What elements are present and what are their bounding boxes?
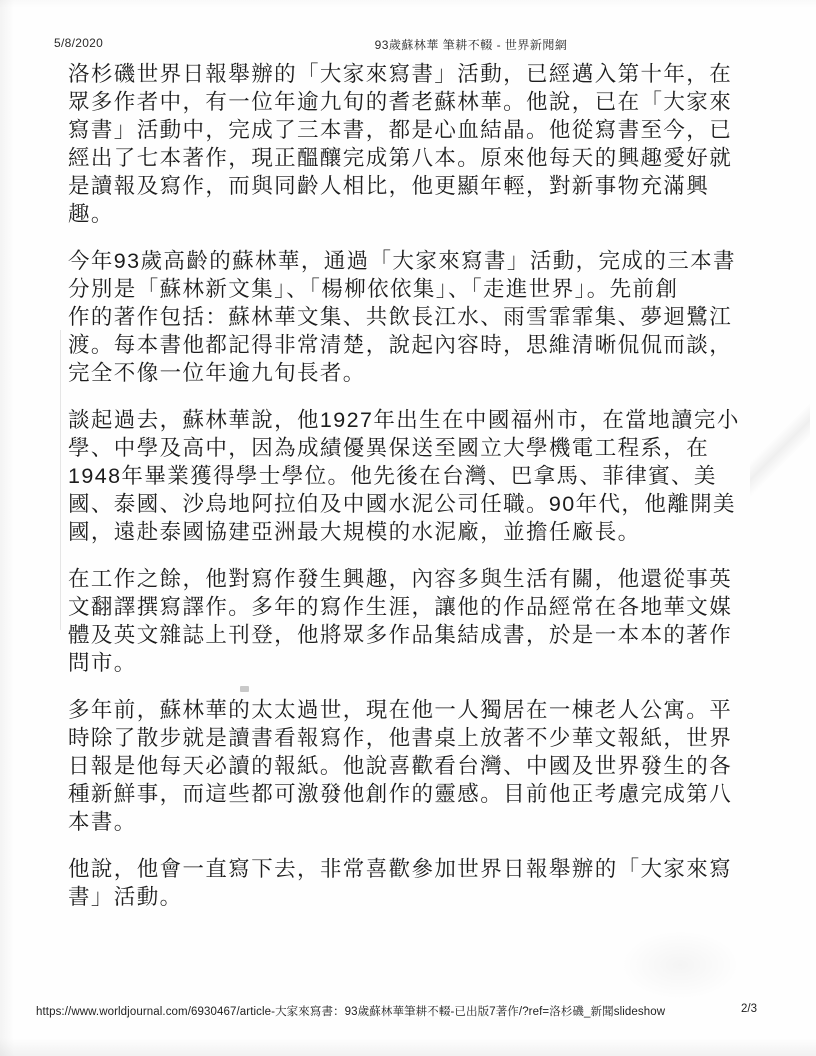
text-line: 談起過去，蘇林華說，他1927年出生在中國福州市，在當地讀完小 xyxy=(68,406,768,434)
source-url: https://www.worldjournal.com/6930467/art… xyxy=(36,1003,665,1019)
text-line: 1948年畢業獲得學士學位。他先後在台灣、巴拿馬、菲律賓、美 xyxy=(68,462,768,490)
text-line: 體及英文雜誌上刊登，他將眾多作品集結成書，於是一本本的著作 xyxy=(68,621,768,649)
text-line: 完全不像一位年逾九旬長者。 xyxy=(68,359,768,387)
page-number: 2/3 xyxy=(741,1003,757,1015)
text-line: 經出了七本著作，現正醞釀完成第八本。原來他每天的興趣愛好就 xyxy=(68,144,768,172)
text-line: 寫書」活動中，完成了三本書，都是心血結晶。他從寫書至今，已 xyxy=(68,116,768,144)
text-line: 作的著作包括：蘇林華文集、共飲長江水、雨雪霏霏集、夢迴鷺江 xyxy=(68,303,768,331)
document-title: 93歲蘇林華 筆耕不輟 - 世界新聞網 xyxy=(63,36,816,53)
document-page: 5/8/2020 93歲蘇林華 筆耕不輟 - 世界新聞網 洛杉磯世界日報舉辦的「… xyxy=(0,0,816,1056)
scan-fold-line xyxy=(60,330,61,630)
text-line: 多年前，蘇林華的太太過世，現在他一人獨居在一棟老人公寓。平 xyxy=(68,696,768,724)
paragraph: 今年93歲高齡的蘇林華，通過「大家來寫書」活動，完成的三本書 分別是「蘇林新文集… xyxy=(68,247,768,387)
text-line: 本書。 xyxy=(68,808,768,836)
paragraph: 談起過去，蘇林華說，他1927年出生在中國福州市，在當地讀完小 學、中學及高中，… xyxy=(68,406,768,546)
text-line: 文翻譯撰寫譯作。多年的寫作生涯，讓他的作品經常在各地華文媒 xyxy=(68,593,768,621)
text-line: 渡。每本書他都記得非常清楚，說起內容時，思維清晰侃侃而談， xyxy=(68,331,768,359)
text-line: 時除了散步就是讀書看報寫作，他書桌上放著不少華文報紙，世界 xyxy=(68,724,768,752)
paragraph: 多年前，蘇林華的太太過世，現在他一人獨居在一棟老人公寓。平 時除了散步就是讀書看… xyxy=(68,696,768,836)
text-line: 趣。 xyxy=(68,200,768,228)
text-line: 分別是「蘇林新文集」、「楊柳依依集」、「走進世界」。先前創 xyxy=(68,275,768,303)
text-line: 是讀報及寫作，而與同齡人相比，他更顯年輕，對新事物充滿興 xyxy=(68,172,768,200)
text-line: 日報是他每天必讀的報紙。他說喜歡看台灣、中國及世界發生的各 xyxy=(68,752,768,780)
text-line: 國、泰國、沙烏地阿拉伯及中國水泥公司任職。90年代，他離開美 xyxy=(68,490,768,518)
text-line: 眾多作者中，有一位年逾九旬的耆老蘇林華。他說，已在「大家來 xyxy=(68,88,768,116)
scan-smudge xyxy=(620,930,740,1000)
paragraph: 在工作之餘，他對寫作發生興趣，內容多與生活有關，他還從事英 文翻譯撰寫譯作。多年… xyxy=(68,565,768,677)
text-line: 他說，他會一直寫下去，非常喜歡參加世界日報舉辦的「大家來寫 xyxy=(68,855,768,883)
text-line: 在工作之餘，他對寫作發生興趣，內容多與生活有關，他還從事英 xyxy=(68,565,768,593)
text-line: 書」活動。 xyxy=(68,883,768,911)
text-line: 洛杉磯世界日報舉辦的「大家來寫書」活動，已經邁入第十年，在 xyxy=(68,60,768,88)
paragraph: 他說，他會一直寫下去，非常喜歡參加世界日報舉辦的「大家來寫 書」活動。 xyxy=(68,855,768,911)
text-line: 學、中學及高中，因為成績優異保送至國立大學機電工程系，在 xyxy=(68,434,768,462)
text-line: 問市。 xyxy=(68,649,768,677)
text-line: 種新鮮事，而這些都可激發他創作的靈感。目前他正考慮完成第八 xyxy=(68,780,768,808)
text-line: 今年93歲高齡的蘇林華，通過「大家來寫書」活動，完成的三本書 xyxy=(68,247,768,275)
article-body: 洛杉磯世界日報舉辦的「大家來寫書」活動，已經邁入第十年，在 眾多作者中，有一位年… xyxy=(68,60,768,930)
text-line: 國，遠赴泰國協建亞洲最大規模的水泥廠，並擔任廠長。 xyxy=(68,518,768,546)
paragraph: 洛杉磯世界日報舉辦的「大家來寫書」活動，已經邁入第十年，在 眾多作者中，有一位年… xyxy=(68,60,768,228)
